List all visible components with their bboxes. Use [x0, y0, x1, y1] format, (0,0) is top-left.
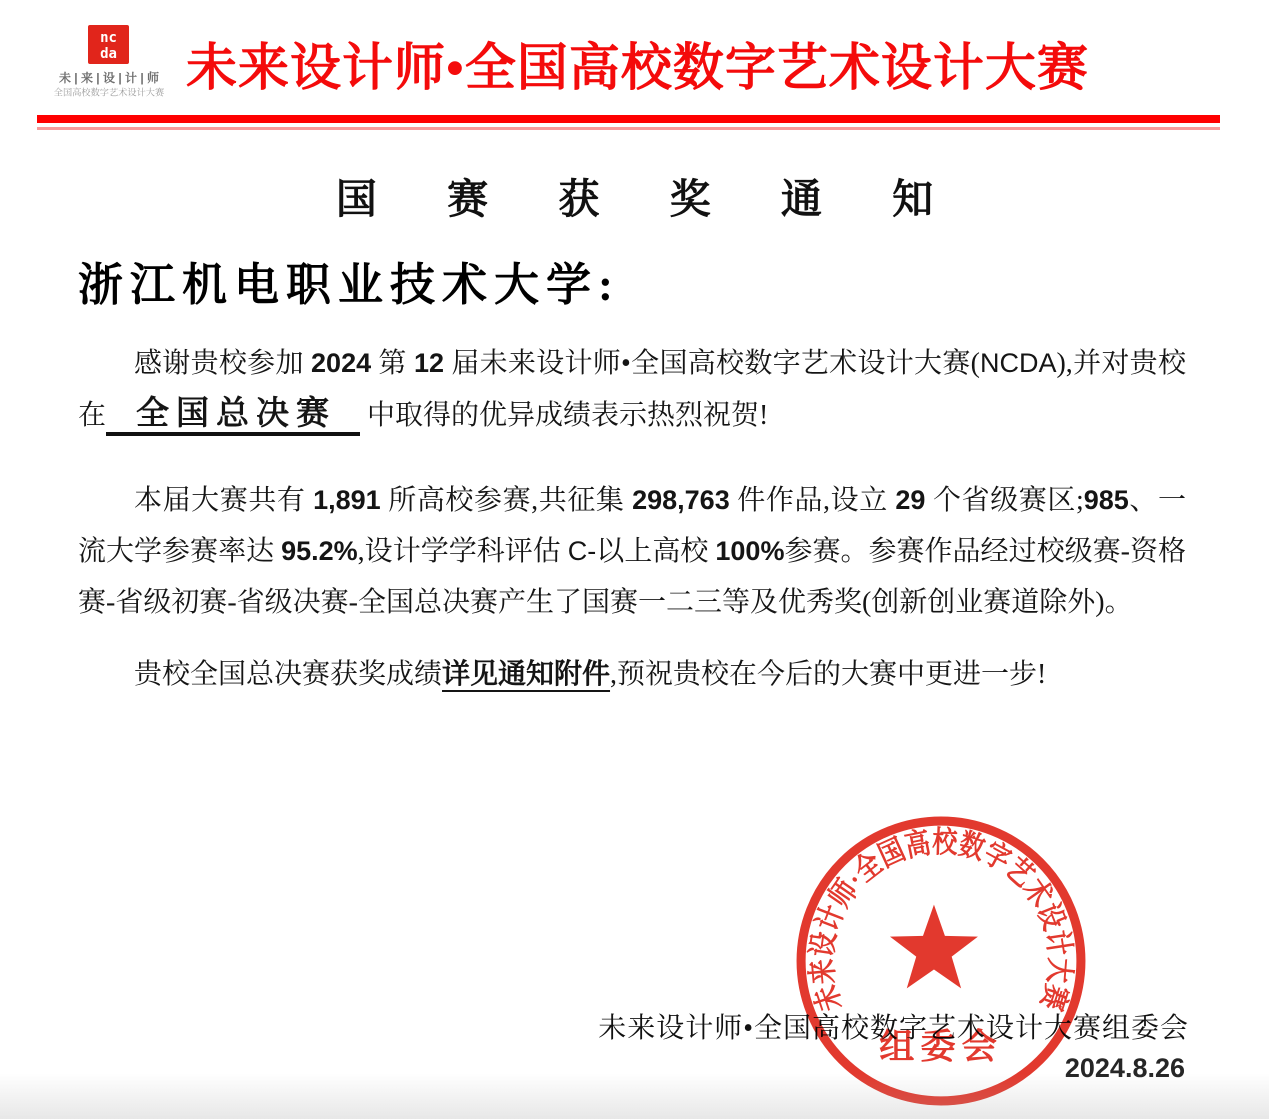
header-rule-thick — [37, 115, 1220, 123]
p2-text: 所高校参赛,共征集 — [381, 485, 632, 516]
logo-subtitle-text: 全国高校数字艺术设计大赛 — [49, 85, 169, 99]
paragraph-attachment: 贵校全国总决赛获奖成绩详见通知附件,预祝贵校在今后的大赛中更进一步! — [78, 649, 1186, 700]
p2-985: 985 — [1084, 485, 1129, 515]
logo-name-text: 未 | 来 | 设 | 计 | 师 — [48, 69, 170, 86]
p2-works-count: 298,763 — [632, 485, 730, 515]
stage-name-underlined: 全国总决赛 — [106, 396, 360, 436]
p2-text: 个省级赛区; — [925, 485, 1083, 516]
seal-star-icon — [890, 905, 978, 989]
p2-regions-count: 29 — [895, 485, 925, 515]
paragraph-thanks: 感谢贵校参加 2024 第 12 届未来设计师•全国高校数字艺术设计大赛(NCD… — [78, 338, 1186, 441]
p2-text: ,设计学学科评估 — [358, 536, 568, 567]
p1-year: 2024 — [311, 348, 371, 378]
p1-text: 感谢贵校参加 — [134, 348, 311, 379]
p3-text: ,预祝贵校在今后的大赛中更进一步! — [610, 659, 1046, 690]
p2-grade: C- — [568, 536, 597, 566]
addressee-line: 浙江机电职业技术大学: — [78, 248, 620, 313]
p1-text: 中取得的优异成绩表示热烈祝贺! — [360, 400, 768, 431]
p2-participation-rate: 95.2% — [281, 536, 358, 566]
p1-acronym: NCDA — [980, 348, 1057, 378]
p1-edition: 12 — [414, 348, 444, 378]
seal-committee-text: 组委会 — [879, 1028, 1003, 1067]
competition-title: 未来设计师•全国高校数字艺术设计大赛 — [186, 26, 1116, 100]
p2-text: 以上高校 — [596, 536, 715, 567]
p2-text: 本届大赛共有 — [134, 485, 313, 516]
official-seal: 未来设计师·全国高校数字艺术设计大赛 组委会 — [790, 810, 1092, 1112]
logo-monogram-bottom: da — [100, 46, 117, 62]
letter-body: 感谢贵校参加 2024 第 12 届未来设计师•全国高校数字艺术设计大赛(NCD… — [78, 338, 1186, 734]
p1-text: 届未来设计师•全国高校数字艺术设计大赛( — [444, 348, 980, 379]
paragraph-statistics: 本届大赛共有 1,891 所高校参赛,共征集 298,763 件作品,设立 29… — [78, 475, 1186, 628]
p2-schools-count: 1,891 — [313, 485, 381, 515]
p3-text: 贵校全国总决赛获奖成绩 — [134, 659, 442, 690]
document-title: 国 赛 获 奖 通 知 — [0, 166, 1269, 225]
logo-monogram-top: nc — [100, 30, 117, 46]
p1-text: 第 — [371, 348, 414, 379]
header-rule-thin — [37, 127, 1220, 130]
ncda-logo-icon: nc da — [88, 25, 129, 64]
p2-text: 件作品,设立 — [730, 485, 896, 516]
see-attachment-emphasis: 详见通知附件 — [442, 659, 610, 690]
p2-full-rate: 100% — [715, 536, 784, 566]
notice-page: nc da 未 | 来 | 设 | 计 | 师 全国高校数字艺术设计大赛 未来设… — [0, 0, 1269, 1119]
